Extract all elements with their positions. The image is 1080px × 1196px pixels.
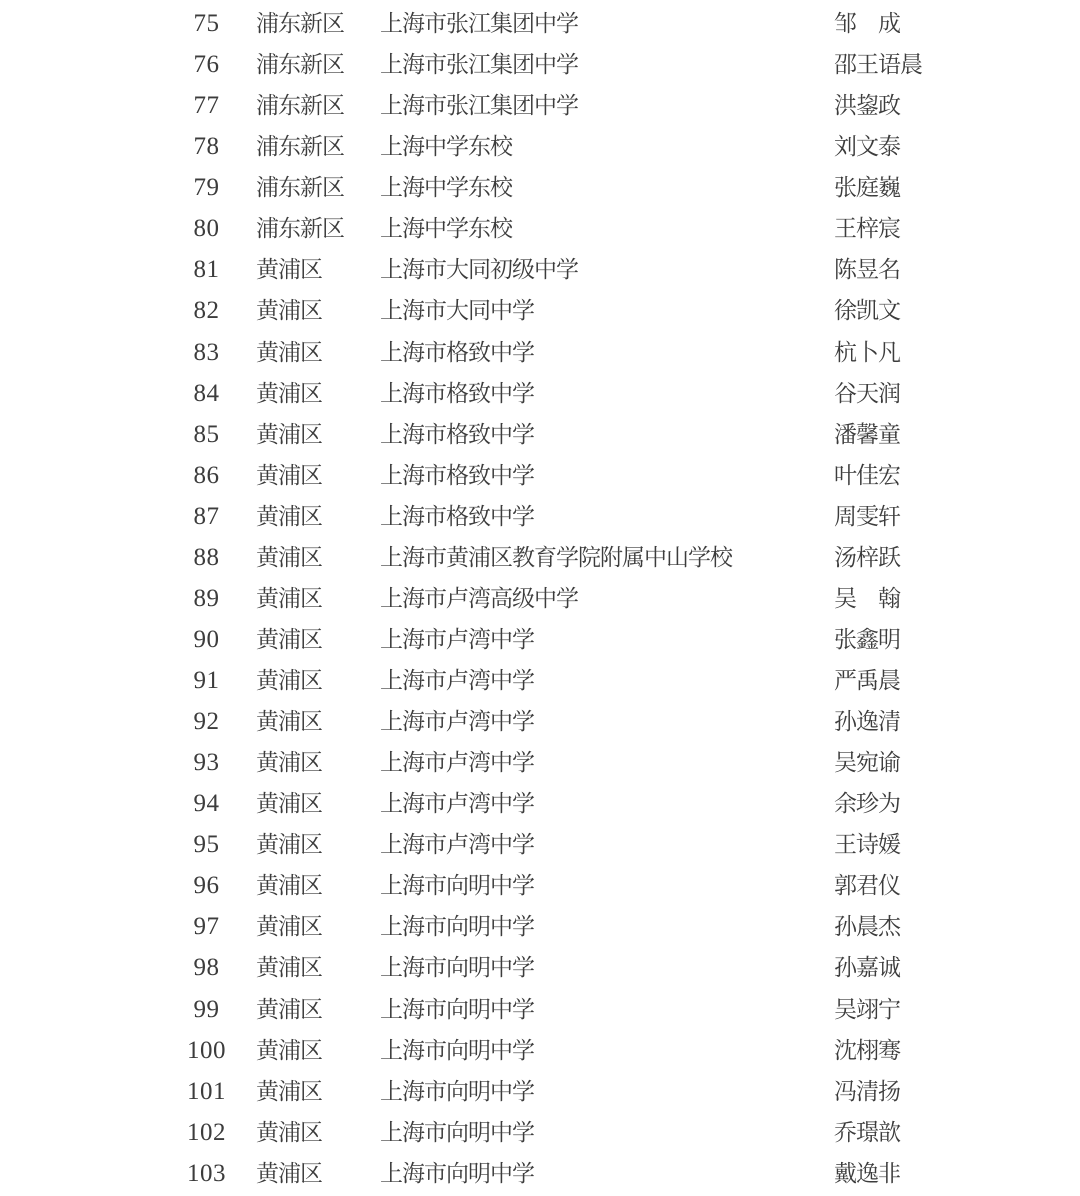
table-row: 80 浦东新区 上海中学东校 王梓宸	[0, 208, 1080, 249]
student-name-cell: 邵王语晨	[834, 44, 922, 85]
row-number-cell: 87	[165, 496, 248, 537]
school-cell: 上海市卢湾中学	[380, 824, 534, 865]
district-cell: 黄浦区	[256, 947, 322, 988]
table-row: 97 黄浦区 上海市向明中学 孙晨杰	[0, 906, 1080, 947]
student-name-cell: 乔璟歆	[834, 1112, 900, 1153]
table-row: 81 黄浦区 上海市大同初级中学 陈昱名	[0, 249, 1080, 290]
student-name-cell: 严禹晨	[834, 660, 900, 701]
school-cell: 上海市卢湾中学	[380, 783, 534, 824]
table-row: 101 黄浦区 上海市向明中学 冯清扬	[0, 1071, 1080, 1112]
row-number-cell: 82	[165, 290, 248, 331]
student-name-cell: 王梓宸	[834, 208, 900, 249]
student-name-cell: 郭君仪	[834, 865, 900, 906]
district-cell: 黄浦区	[256, 1030, 322, 1071]
school-cell: 上海市向明中学	[380, 947, 534, 988]
district-cell: 浦东新区	[256, 44, 344, 85]
student-name-cell: 余珍为	[834, 783, 900, 824]
row-number-cell: 77	[165, 85, 248, 126]
school-cell: 上海市向明中学	[380, 1112, 534, 1153]
student-name-cell: 孙晨杰	[834, 906, 900, 947]
table-row: 89 黄浦区 上海市卢湾高级中学 吴 翰	[0, 578, 1080, 619]
district-cell: 浦东新区	[256, 85, 344, 126]
row-number-cell: 88	[165, 537, 248, 578]
student-name-cell: 刘文泰	[834, 126, 900, 167]
document-page: 75 浦东新区 上海市张江集团中学 邹 成 76 浦东新区 上海市张江集团中学 …	[0, 0, 1080, 1196]
school-cell: 上海市向明中学	[380, 1071, 534, 1112]
district-cell: 浦东新区	[256, 3, 344, 44]
student-name-cell: 张鑫明	[834, 619, 900, 660]
school-cell: 上海市向明中学	[380, 865, 534, 906]
row-number-cell: 100	[165, 1030, 248, 1071]
row-number-cell: 95	[165, 824, 248, 865]
row-number-cell: 96	[165, 865, 248, 906]
school-cell: 上海市张江集团中学	[380, 44, 578, 85]
student-name-cell: 徐凯文	[834, 290, 900, 331]
student-name-cell: 吴翊宁	[834, 989, 900, 1030]
row-number-cell: 81	[165, 249, 248, 290]
district-cell: 黄浦区	[256, 249, 322, 290]
district-cell: 黄浦区	[256, 290, 322, 331]
table-row: 75 浦东新区 上海市张江集团中学 邹 成	[0, 3, 1080, 44]
table-row: 85 黄浦区 上海市格致中学 潘馨童	[0, 414, 1080, 455]
district-cell: 黄浦区	[256, 373, 322, 414]
school-cell: 上海市格致中学	[380, 496, 534, 537]
district-cell: 黄浦区	[256, 865, 322, 906]
school-cell: 上海市卢湾高级中学	[380, 578, 578, 619]
district-cell: 黄浦区	[256, 824, 322, 865]
row-number-cell: 86	[165, 455, 248, 496]
table-row: 88 黄浦区 上海市黄浦区教育学院附属中山学校 汤梓跃	[0, 537, 1080, 578]
table-row: 77 浦东新区 上海市张江集团中学 洪鋆政	[0, 85, 1080, 126]
school-cell: 上海市卢湾中学	[380, 619, 534, 660]
student-name-cell: 孙逸清	[834, 701, 900, 742]
district-cell: 浦东新区	[256, 208, 344, 249]
school-cell: 上海市卢湾中学	[380, 660, 534, 701]
table-row: 83 黄浦区 上海市格致中学 杭卜凡	[0, 332, 1080, 373]
school-cell: 上海市向明中学	[380, 1153, 534, 1194]
school-cell: 上海市格致中学	[380, 332, 534, 373]
row-number-cell: 80	[165, 208, 248, 249]
student-name-cell: 王诗媛	[834, 824, 900, 865]
student-name-cell: 邹 成	[834, 3, 900, 44]
table-row: 96 黄浦区 上海市向明中学 郭君仪	[0, 865, 1080, 906]
district-cell: 黄浦区	[256, 414, 322, 455]
table-row: 95 黄浦区 上海市卢湾中学 王诗媛	[0, 824, 1080, 865]
district-cell: 黄浦区	[256, 742, 322, 783]
row-number-cell: 94	[165, 783, 248, 824]
row-number-cell: 75	[165, 3, 248, 44]
school-cell: 上海市向明中学	[380, 906, 534, 947]
school-cell: 上海中学东校	[380, 126, 512, 167]
table-row: 79 浦东新区 上海中学东校 张庭巍	[0, 167, 1080, 208]
student-name-cell: 冯清扬	[834, 1071, 900, 1112]
table-row: 94 黄浦区 上海市卢湾中学 余珍为	[0, 783, 1080, 824]
student-name-cell: 沈栩骞	[834, 1030, 900, 1071]
row-number-cell: 93	[165, 742, 248, 783]
school-cell: 上海市格致中学	[380, 373, 534, 414]
row-number-cell: 79	[165, 167, 248, 208]
student-name-cell: 汤梓跃	[834, 537, 900, 578]
school-cell: 上海市格致中学	[380, 414, 534, 455]
student-name-cell: 陈昱名	[834, 249, 900, 290]
district-cell: 浦东新区	[256, 167, 344, 208]
row-number-cell: 102	[165, 1112, 248, 1153]
table-row: 76 浦东新区 上海市张江集团中学 邵王语晨	[0, 44, 1080, 85]
table-row: 92 黄浦区 上海市卢湾中学 孙逸清	[0, 701, 1080, 742]
student-name-cell: 洪鋆政	[834, 85, 900, 126]
row-number-cell: 91	[165, 660, 248, 701]
student-roster-table: 75 浦东新区 上海市张江集团中学 邹 成 76 浦东新区 上海市张江集团中学 …	[0, 3, 1080, 1194]
row-number-cell: 101	[165, 1071, 248, 1112]
row-number-cell: 98	[165, 947, 248, 988]
district-cell: 黄浦区	[256, 496, 322, 537]
table-row: 93 黄浦区 上海市卢湾中学 吴宛谕	[0, 742, 1080, 783]
student-name-cell: 戴逸非	[834, 1153, 900, 1194]
row-number-cell: 78	[165, 126, 248, 167]
row-number-cell: 76	[165, 44, 248, 85]
table-row: 84 黄浦区 上海市格致中学 谷天润	[0, 373, 1080, 414]
table-row: 99 黄浦区 上海市向明中学 吴翊宁	[0, 989, 1080, 1030]
district-cell: 黄浦区	[256, 1112, 322, 1153]
school-cell: 上海中学东校	[380, 167, 512, 208]
school-cell: 上海市张江集团中学	[380, 85, 578, 126]
district-cell: 黄浦区	[256, 332, 322, 373]
school-cell: 上海市向明中学	[380, 1030, 534, 1071]
table-row: 78 浦东新区 上海中学东校 刘文泰	[0, 126, 1080, 167]
table-row: 86 黄浦区 上海市格致中学 叶佳宏	[0, 455, 1080, 496]
district-cell: 黄浦区	[256, 906, 322, 947]
row-number-cell: 85	[165, 414, 248, 455]
district-cell: 黄浦区	[256, 660, 322, 701]
table-row: 100 黄浦区 上海市向明中学 沈栩骞	[0, 1030, 1080, 1071]
student-name-cell: 吴宛谕	[834, 742, 900, 783]
student-name-cell: 杭卜凡	[834, 332, 900, 373]
school-cell: 上海市大同中学	[380, 290, 534, 331]
table-row: 91 黄浦区 上海市卢湾中学 严禹晨	[0, 660, 1080, 701]
student-name-cell: 张庭巍	[834, 167, 900, 208]
student-name-cell: 孙嘉诚	[834, 947, 900, 988]
school-cell: 上海市卢湾中学	[380, 701, 534, 742]
district-cell: 黄浦区	[256, 1071, 322, 1112]
school-cell: 上海中学东校	[380, 208, 512, 249]
table-row: 103 黄浦区 上海市向明中学 戴逸非	[0, 1153, 1080, 1194]
school-cell: 上海市黄浦区教育学院附属中山学校	[380, 537, 732, 578]
row-number-cell: 92	[165, 701, 248, 742]
student-name-cell: 潘馨童	[834, 414, 900, 455]
row-number-cell: 90	[165, 619, 248, 660]
district-cell: 黄浦区	[256, 989, 322, 1030]
row-number-cell: 83	[165, 332, 248, 373]
district-cell: 黄浦区	[256, 537, 322, 578]
school-cell: 上海市张江集团中学	[380, 3, 578, 44]
row-number-cell: 103	[165, 1153, 248, 1194]
table-row: 82 黄浦区 上海市大同中学 徐凯文	[0, 290, 1080, 331]
school-cell: 上海市格致中学	[380, 455, 534, 496]
student-name-cell: 谷天润	[834, 373, 900, 414]
district-cell: 黄浦区	[256, 578, 322, 619]
district-cell: 浦东新区	[256, 126, 344, 167]
row-number-cell: 89	[165, 578, 248, 619]
student-name-cell: 周雯轩	[834, 496, 900, 537]
row-number-cell: 84	[165, 373, 248, 414]
school-cell: 上海市向明中学	[380, 989, 534, 1030]
row-number-cell: 97	[165, 906, 248, 947]
district-cell: 黄浦区	[256, 619, 322, 660]
school-cell: 上海市大同初级中学	[380, 249, 578, 290]
district-cell: 黄浦区	[256, 783, 322, 824]
table-row: 90 黄浦区 上海市卢湾中学 张鑫明	[0, 619, 1080, 660]
district-cell: 黄浦区	[256, 1153, 322, 1194]
district-cell: 黄浦区	[256, 701, 322, 742]
district-cell: 黄浦区	[256, 455, 322, 496]
table-row: 98 黄浦区 上海市向明中学 孙嘉诚	[0, 947, 1080, 988]
row-number-cell: 99	[165, 989, 248, 1030]
table-row: 87 黄浦区 上海市格致中学 周雯轩	[0, 496, 1080, 537]
student-name-cell: 吴 翰	[834, 578, 900, 619]
student-name-cell: 叶佳宏	[834, 455, 900, 496]
school-cell: 上海市卢湾中学	[380, 742, 534, 783]
table-row: 102 黄浦区 上海市向明中学 乔璟歆	[0, 1112, 1080, 1153]
